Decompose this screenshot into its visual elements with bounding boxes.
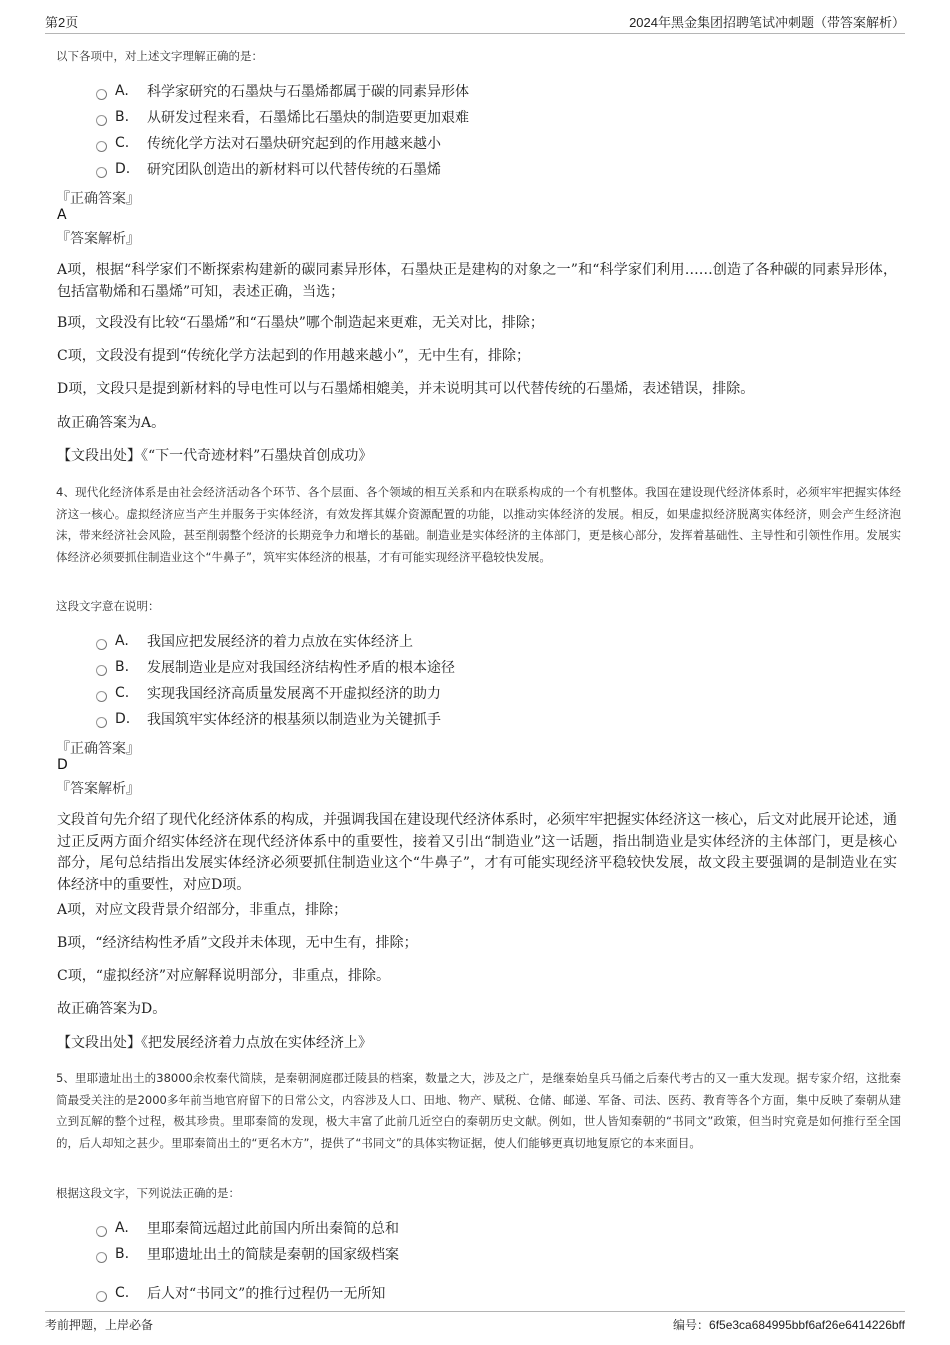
q4-option-d[interactable]: D. 我国筑牢实体经济的根基须以制造业为关键抓手 bbox=[96, 708, 441, 730]
q4-option-c[interactable]: C. 实现我国经济高质量发展离不开虚拟经济的助力 bbox=[96, 682, 441, 704]
analysis-label: 『答案解析』 bbox=[56, 778, 140, 798]
q5-option-b[interactable]: B. 里耶遗址出土的简牍是秦朝的国家级档案 bbox=[96, 1243, 399, 1265]
correct-answer-label: 『正确答案』 bbox=[56, 188, 140, 208]
radio-icon[interactable] bbox=[96, 141, 107, 152]
radio-icon[interactable] bbox=[96, 717, 107, 728]
radio-icon[interactable] bbox=[96, 1226, 107, 1237]
analysis-conclusion: 故正确答案为D。 bbox=[57, 999, 897, 1021]
q5-option-a[interactable]: A. 里耶秦简远超过此前国内所出秦简的总和 bbox=[96, 1217, 399, 1239]
analysis-paragraph: 文段首句先介绍了现代化经济体系的构成，并强调我国在建设现代经济体系时，必须牢牢把… bbox=[57, 810, 897, 896]
analysis-paragraph: A项，对应文段背景介绍部分，非重点，排除； bbox=[57, 900, 897, 922]
analysis-conclusion: 故正确答案为A。 bbox=[57, 413, 897, 435]
q3-option-a[interactable]: A. 科学家研究的石墨炔与石墨烯都属于碳的同素异形体 bbox=[96, 80, 469, 102]
q3-option-b[interactable]: B. 从研发过程来看，石墨烯比石墨炔的制造要更加艰难 bbox=[96, 106, 469, 128]
q4-option-a[interactable]: A. 我国应把发展经济的着力点放在实体经济上 bbox=[96, 630, 413, 652]
analysis-paragraph: D项，文段只是提到新材料的导电性可以与石墨烯相媲美，并未说明其可以代替传统的石墨… bbox=[57, 379, 897, 401]
q3-prompt: 以下各项中，对上述文字理解正确的是： bbox=[56, 46, 263, 67]
correct-answer-label: 『正确答案』 bbox=[56, 738, 140, 758]
q4-passage: 4、现代化经济体系是由社会经济活动各个环节、各个层面、各个领域的相互关系和内在联… bbox=[56, 482, 901, 568]
q4-option-b[interactable]: B. 发展制造业是应对我国经济结构性矛盾的根本途径 bbox=[96, 656, 455, 678]
correct-answer-value: D bbox=[57, 757, 68, 773]
q5-passage: 5、里耶遗址出土的38000余枚秦代简牍，是秦朝洞庭郡迁陵县的档案，数量之大，涉… bbox=[56, 1068, 901, 1154]
q3-option-d[interactable]: D. 研究团队创造出的新材料可以代替传统的石墨烯 bbox=[96, 158, 441, 180]
radio-icon[interactable] bbox=[96, 1291, 107, 1302]
radio-icon[interactable] bbox=[96, 115, 107, 126]
analysis-paragraph: A项，根据“科学家们不断探索构建新的碳同素异形体，石墨炔正是建构的对象之一”和“… bbox=[57, 260, 897, 303]
q5-option-c[interactable]: C. 后人对“书同文”的推行过程仍一无所知 bbox=[96, 1282, 385, 1304]
document-serial: 编号：6f5e3ca684995bbf6af26e6414226bff bbox=[673, 1316, 905, 1333]
radio-icon[interactable] bbox=[96, 691, 107, 702]
footer-slogan: 考前押题，上岸必备 bbox=[45, 1316, 153, 1333]
q3-option-c[interactable]: C. 传统化学方法对石墨炔研究起到的作用越来越小 bbox=[96, 132, 441, 154]
correct-answer-value: A bbox=[57, 207, 67, 223]
analysis-paragraph: C项，文段没有提到“传统化学方法起到的作用越来越小”，无中生有，排除； bbox=[57, 346, 897, 368]
analysis-label: 『答案解析』 bbox=[56, 228, 140, 248]
radio-icon[interactable] bbox=[96, 167, 107, 178]
page-number: 第2页 bbox=[45, 12, 78, 31]
page-header: 第2页 2024年黑金集团招聘笔试冲刺题（带答案解析） bbox=[45, 14, 905, 34]
radio-icon[interactable] bbox=[96, 89, 107, 100]
q5-prompt: 根据这段文字，下列说法正确的是： bbox=[56, 1183, 240, 1204]
document-title: 2024年黑金集团招聘笔试冲刺题（带答案解析） bbox=[629, 12, 905, 31]
radio-icon[interactable] bbox=[96, 665, 107, 676]
source-citation: 【文段出处】《把发展经济着力点放在实体经济上》 bbox=[57, 1033, 897, 1055]
q4-prompt: 这段文字意在说明： bbox=[56, 596, 160, 617]
analysis-paragraph: C项，“虚拟经济”对应解释说明部分，非重点，排除。 bbox=[57, 966, 897, 988]
radio-icon[interactable] bbox=[96, 1252, 107, 1263]
source-citation: 【文段出处】《“下一代奇迹材料”石墨炔首创成功》 bbox=[57, 446, 897, 468]
analysis-paragraph: B项，“经济结构性矛盾”文段并未体现，无中生有，排除； bbox=[57, 933, 897, 955]
page-footer: 考前押题，上岸必备 编号：6f5e3ca684995bbf6af26e64142… bbox=[45, 1311, 905, 1333]
analysis-paragraph: B项，文段没有比较“石墨烯”和“石墨炔”哪个制造起来更难，无关对比，排除； bbox=[57, 313, 897, 335]
radio-icon[interactable] bbox=[96, 639, 107, 650]
